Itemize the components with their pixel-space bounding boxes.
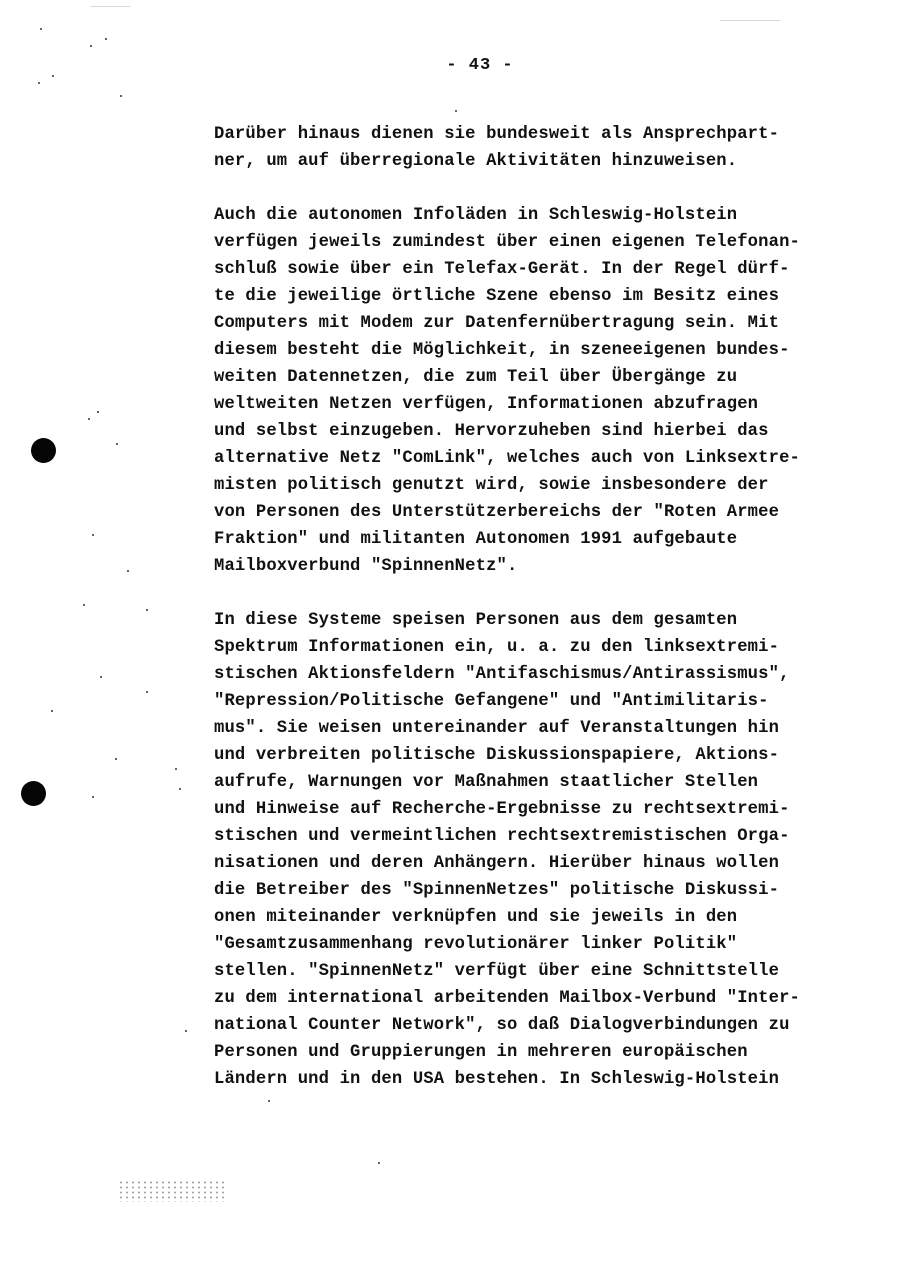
text-line: misten politisch genutzt wird, sowie ins… (214, 472, 854, 499)
paragraph: Auch die autonomen Infoläden in Schleswi… (214, 202, 854, 580)
text-line: diesem besteht die Möglichkeit, in szene… (214, 337, 854, 364)
text-line: national Counter Network", so daß Dialog… (214, 1012, 854, 1039)
text-line: ner, um auf überregionale Aktivitäten hi… (214, 148, 854, 175)
text-line: "Repression/Politische Gefangene" und "A… (214, 688, 854, 715)
text-line: alternative Netz "ComLink", welches auch… (214, 445, 854, 472)
speck (116, 443, 118, 445)
speck (92, 534, 94, 536)
speck (185, 1030, 187, 1032)
speck (88, 418, 90, 420)
speck (97, 411, 99, 413)
text-line: die Betreiber des "SpinnenNetzes" politi… (214, 877, 854, 904)
text-line: Computers mit Modem zur Datenfernübertra… (214, 310, 854, 337)
scan-smudge (118, 1180, 228, 1202)
text-line: Spektrum Informationen ein, u. a. zu den… (214, 634, 854, 661)
text-line: und verbreiten politische Diskussionspap… (214, 742, 854, 769)
speck (52, 75, 54, 77)
scanned-page: - 43 - Darüber hinaus dienen sie bundesw… (0, 0, 900, 1273)
speck (127, 570, 129, 572)
text-line: und selbst einzugeben. Hervorzuheben sin… (214, 418, 854, 445)
body-text: Darüber hinaus dienen sie bundesweit als… (214, 121, 854, 1120)
text-line: und Hinweise auf Recherche-Ergebnisse zu… (214, 796, 854, 823)
text-line: In diese Systeme speisen Personen aus de… (214, 607, 854, 634)
paragraph: In diese Systeme speisen Personen aus de… (214, 607, 854, 1093)
text-line: stellen. "SpinnenNetz" verfügt über eine… (214, 958, 854, 985)
text-line: zu dem international arbeitenden Mailbox… (214, 985, 854, 1012)
speck (120, 95, 122, 97)
speck (378, 1162, 380, 1164)
text-line: verfügen jeweils zumindest über einen ei… (214, 229, 854, 256)
text-line: von Personen des Unterstützerbereichs de… (214, 499, 854, 526)
text-line: weiten Datennetzen, die zum Teil über Üb… (214, 364, 854, 391)
speck (100, 676, 102, 678)
punch-hole (21, 781, 46, 806)
speck (455, 110, 457, 112)
scan-artifact (720, 20, 780, 21)
text-line: Mailboxverbund "SpinnenNetz". (214, 553, 854, 580)
text-line: stischen Aktionsfeldern "Antifaschismus/… (214, 661, 854, 688)
punch-hole (31, 438, 56, 463)
speck (38, 82, 40, 84)
text-line: Auch die autonomen Infoläden in Schleswi… (214, 202, 854, 229)
text-line: stischen und vermeintlichen rechtsextrem… (214, 823, 854, 850)
text-line: "Gesamtzusammenhang revolutionärer linke… (214, 931, 854, 958)
text-line: nisationen und deren Anhängern. Hierüber… (214, 850, 854, 877)
speck (51, 710, 53, 712)
paragraph: Darüber hinaus dienen sie bundesweit als… (214, 121, 854, 175)
text-line: onen miteinander verknüpfen und sie jewe… (214, 904, 854, 931)
speck (115, 758, 117, 760)
scan-artifact (90, 6, 130, 7)
speck (83, 604, 85, 606)
speck (90, 45, 92, 47)
speck (40, 28, 42, 30)
text-line: Personen und Gruppierungen in mehreren e… (214, 1039, 854, 1066)
text-line: Darüber hinaus dienen sie bundesweit als… (214, 121, 854, 148)
speck (146, 609, 148, 611)
speck (146, 691, 148, 693)
text-line: Ländern und in den USA bestehen. In Schl… (214, 1066, 854, 1093)
speck (175, 768, 177, 770)
text-line: Fraktion" und militanten Autonomen 1991 … (214, 526, 854, 553)
speck (92, 796, 94, 798)
page-number: - 43 - (0, 56, 900, 75)
text-line: aufrufe, Warnungen vor Maßnahmen staatli… (214, 769, 854, 796)
text-line: schluß sowie über ein Telefax-Gerät. In … (214, 256, 854, 283)
text-line: te die jeweilige örtliche Szene ebenso i… (214, 283, 854, 310)
text-line: mus". Sie weisen untereinander auf Veran… (214, 715, 854, 742)
speck (105, 38, 107, 40)
speck (179, 788, 181, 790)
text-line: weltweiten Netzen verfügen, Informatione… (214, 391, 854, 418)
